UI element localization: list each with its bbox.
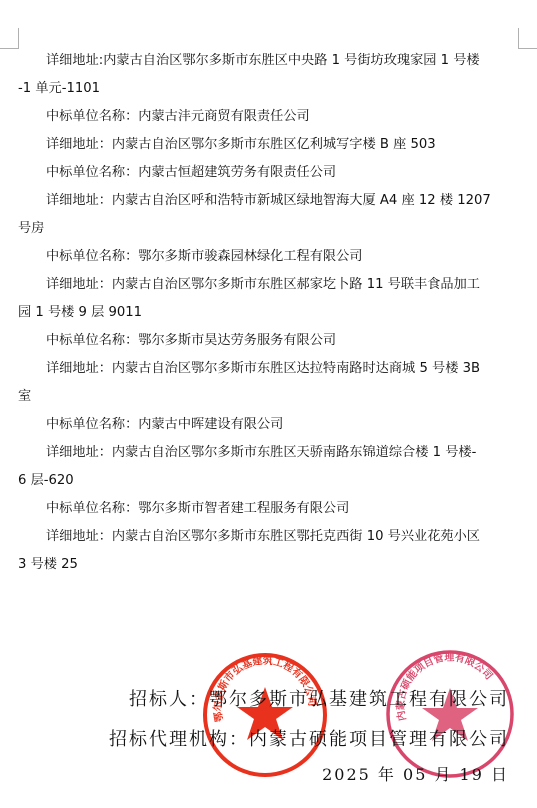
document-line: 详细地址：内蒙古自治区鄂尔多斯市东胜区达拉特南路时达商城 5 号楼 3B: [46, 360, 480, 378]
document-line: 详细地址：内蒙古自治区鄂尔多斯市东胜区鄂托克西街 10 号兴业花苑小区: [46, 528, 480, 546]
document-line: 详细地址：内蒙古自治区鄂尔多斯市东胜区郝家圪卜路 11 号联丰食品加工: [46, 276, 480, 294]
document-line: 中标单位名称：内蒙古恒超建筑劳务有限责任公司: [46, 164, 336, 182]
tenderer-signature: 招标人：鄂尔多斯市弘基建筑工程有限公司: [129, 685, 509, 711]
document-line: 详细地址:内蒙古自治区鄂尔多斯市东胜区中央路 1 号街坊玫瑰家园 1 号楼: [46, 52, 480, 70]
document-line: 中标单位名称：内蒙古沣元商贸有限责任公司: [46, 108, 310, 126]
document-line: 室: [18, 388, 31, 406]
document-line: 号房: [18, 220, 44, 238]
document-line: 6 层-620: [18, 472, 74, 490]
document-line: -1 单元-1101: [18, 80, 100, 98]
document-line: 中标单位名称：鄂尔多斯市昊达劳务服务有限公司: [46, 332, 336, 350]
document-line: 中标单位名称：鄂尔多斯市智者建工程服务有限公司: [46, 500, 349, 518]
document-line: 中标单位名称：鄂尔多斯市骏森园林绿化工程有限公司: [46, 248, 363, 266]
seal-agency-icon: 内蒙古硕能项目管理有限公司: [384, 648, 516, 780]
company-seal-stamp: 鄂尔多斯市弘基建筑工程有限公司: [201, 651, 329, 779]
document-line: 中标单位名称：内蒙古中晖建设有限公司: [46, 416, 283, 434]
agency-seal-stamp: 内蒙古硕能项目管理有限公司: [384, 648, 516, 780]
document-line: 详细地址：内蒙古自治区鄂尔多斯市东胜区亿利城写字楼 B 座 503: [46, 136, 436, 154]
signature-date: 2025 年 05 月 19 日: [322, 762, 509, 785]
document-line: 详细地址：内蒙古自治区呼和浩特市新城区绿地智海大厦 A4 座 12 楼 1207: [46, 192, 491, 210]
document-line: 详细地址：内蒙古自治区鄂尔多斯市东胜区天骄南路东锦道综合楼 1 号楼-: [46, 444, 476, 462]
seal-tenderer-icon: 鄂尔多斯市弘基建筑工程有限公司: [201, 651, 329, 779]
page-corner-mark-right: [518, 28, 537, 49]
document-line: 园 1 号楼 9 层 9011: [18, 304, 142, 322]
document-line: 3 号楼 25: [18, 556, 78, 574]
page-corner-mark-left: [0, 28, 19, 49]
agency-signature: 招标代理机构：内蒙古硕能项目管理有限公司: [109, 725, 509, 751]
